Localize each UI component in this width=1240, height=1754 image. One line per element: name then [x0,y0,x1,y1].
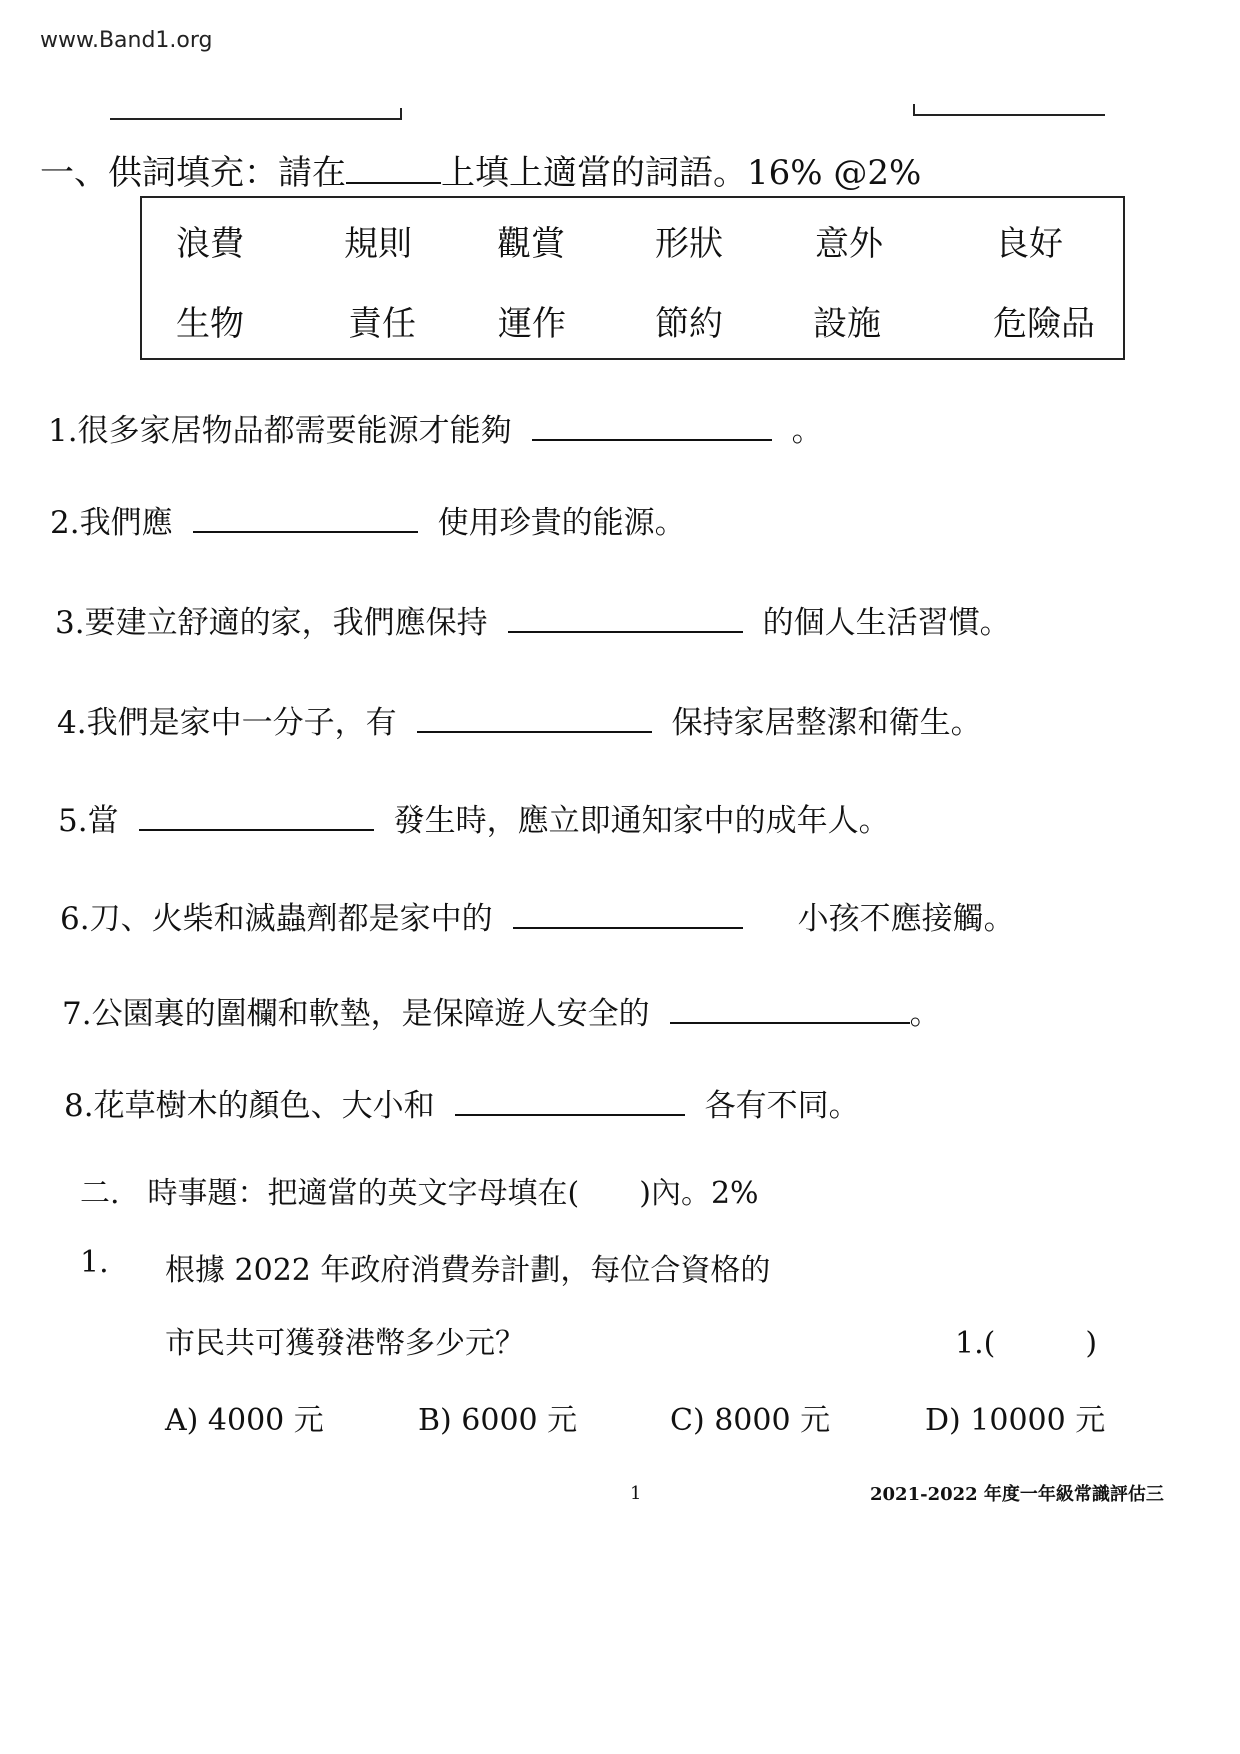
section2-heading: 二.時事題：把適當的英文字母填在( )內。2% [80,1168,759,1212]
answer-blank[interactable] [455,1086,685,1116]
answer-blank[interactable] [417,703,652,733]
question-number: 7. [62,996,92,1032]
mc-question-line-2: 市民共可獲發港幣多少元？ [165,1318,525,1362]
question-text: 保持家居整潔和衛生。 [672,705,982,741]
question-number: 3. [55,605,85,641]
section2-number: 二. [80,1176,120,1211]
question-number: 2. [50,505,80,541]
word-bank-item: 形狀 [655,216,723,265]
option-a: A) 4000 元 [165,1395,324,1439]
mc-question-number: 1. [80,1245,109,1280]
word-bank-item: 觀賞 [497,216,565,265]
answer-blank[interactable] [513,899,743,929]
option-d: D) 10000 元 [925,1395,1105,1439]
question-text: 各有不同。 [705,1088,860,1124]
mc-answer-slot[interactable]: 1.( ) [955,1318,1097,1362]
question-text: 發生時，應立即通知家中的成年人。 [394,803,890,839]
question-number: 4. [57,705,87,741]
mc-question-line-1: 根據 2022 年政府消費券計劃，每位合資格的 [165,1245,770,1289]
question-text: 。 [792,413,823,449]
question-text: 我們應 [80,505,173,541]
option-b: B) 6000 元 [418,1395,577,1439]
word-bank-item: 良好 [995,216,1063,265]
word-bank-item: 責任 [348,296,416,345]
question-text: 刀、火柴和滅蟲劑都是家中的 [90,901,493,937]
question-number: 5. [58,803,88,839]
section2-title: 時事題：把適當的英文字母填在( )內。2% [148,1176,759,1211]
question-text: 公園裏的圍欄和軟墊，是保障遊人安全的 [92,996,650,1032]
word-bank-item: 節約 [655,296,723,345]
option-c: C) 8000 元 [670,1395,830,1439]
footer-title: 2021-2022 年度一年級常識評估三 [870,1480,1164,1506]
word-bank-item: 危險品 [993,296,1095,345]
section1-title-before: 供詞填充：請在 [108,153,346,193]
word-bank-item: 運作 [498,296,566,345]
word-bank-row-2: 生物 責任 運作 節約 設施 危險品 [142,296,1123,346]
word-bank: 浪費 規則 觀賞 形狀 意外 良好 生物 責任 運作 節約 設施 危險品 [140,196,1125,360]
question-number: 1. [48,413,78,449]
class-field-line [915,114,1105,116]
word-bank-row-1: 浪費 規則 觀賞 形狀 意外 良好 [142,216,1123,266]
question-text: 小孩不應接觸。 [798,901,1015,937]
question-4: 4.我們是家中一分子，有保持家居整潔和衛生。 [57,697,982,742]
section1-number: 一、 [40,153,108,193]
question-6: 6.刀、火柴和滅蟲劑都是家中的小孩不應接觸。 [60,893,1015,938]
word-bank-item: 設施 [813,296,881,345]
word-bank-item: 生物 [176,296,244,345]
question-number: 6. [60,901,90,937]
name-field-line [110,118,400,120]
question-text: 很多家居物品都需要能源才能夠 [78,413,512,449]
answer-blank[interactable] [193,503,418,533]
question-text: 花草樹木的顏色、大小和 [94,1088,435,1124]
question-5: 5.當發生時，應立即通知家中的成年人。 [58,795,890,840]
answer-blank[interactable] [139,801,374,831]
page-number: 1 [630,1483,641,1504]
section1-title-after: 上填上適當的詞語。16% @2% [441,153,921,193]
question-3: 3.要建立舒適的家，我們應保持的個人生活習慣。 [55,597,1011,642]
question-text: 我們是家中一分子，有 [87,705,397,741]
section1-heading: 一、供詞填充：請在上填上適當的詞語。16% @2% [40,145,921,194]
answer-blank[interactable] [508,603,743,633]
answer-blank[interactable] [532,411,772,441]
question-7: 7.公園裏的圍欄和軟墊，是保障遊人安全的。 [62,988,941,1033]
question-text: 要建立舒適的家，我們應保持 [85,605,488,641]
question-text: 的個人生活習慣。 [763,605,1011,641]
watermark: www.Band1.org [40,28,213,53]
question-2: 2.我們應使用珍貴的能源。 [50,497,686,542]
answer-blank[interactable] [670,994,910,1024]
question-number: 8. [64,1088,94,1124]
question-text: 使用珍貴的能源。 [438,505,686,541]
word-bank-item: 浪費 [176,216,244,265]
word-bank-item: 意外 [815,216,883,265]
question-1: 1.很多家居物品都需要能源才能夠。 [48,405,823,450]
question-text: 當 [88,803,119,839]
question-8: 8.花草樹木的顏色、大小和各有不同。 [64,1080,860,1125]
word-bank-item: 規則 [344,216,412,265]
instruction-blank [346,152,441,184]
question-text: 。 [910,996,941,1032]
